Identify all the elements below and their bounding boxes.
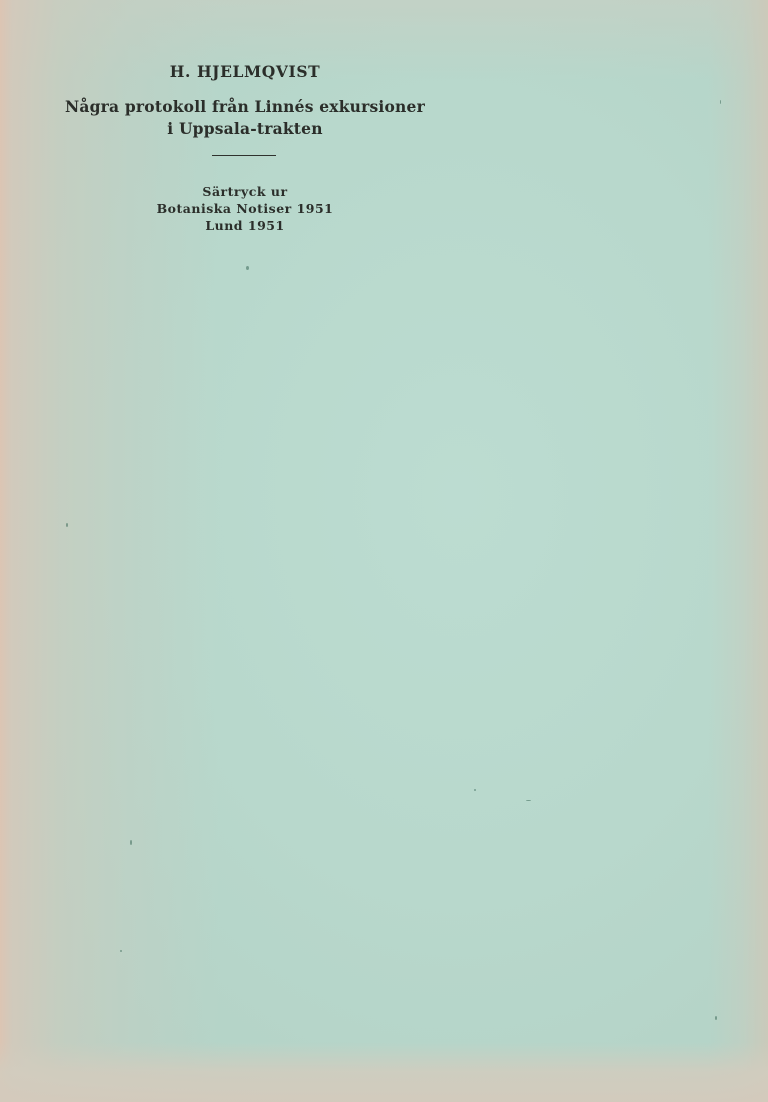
paper-speck xyxy=(715,1016,717,1020)
offprint-line: Botaniska Notiser 1951 xyxy=(0,200,490,217)
booklet-cover: H. HJELMQVIST Några protokoll från Linné… xyxy=(0,0,768,1102)
offprint-line: Lund 1951 xyxy=(0,217,490,234)
publication-title: Några protokoll från Linnés exkursioner … xyxy=(0,96,490,140)
paper-speck xyxy=(720,100,721,104)
paper-speck xyxy=(130,840,132,845)
title-line: i Uppsala-trakten xyxy=(0,118,490,140)
divider-rule xyxy=(212,155,276,156)
author-name: H. HJELMQVIST xyxy=(0,62,490,81)
paper-speck xyxy=(120,950,122,952)
paper-speck xyxy=(246,266,249,270)
paper-speck xyxy=(66,523,68,527)
title-line: Några protokoll från Linnés exkursioner xyxy=(0,96,490,118)
offprint-info: Särtryck ur Botaniska Notiser 1951 Lund … xyxy=(0,183,490,234)
paper-speck xyxy=(526,800,531,801)
offprint-line: Särtryck ur xyxy=(0,183,490,200)
paper-speck xyxy=(474,789,476,791)
